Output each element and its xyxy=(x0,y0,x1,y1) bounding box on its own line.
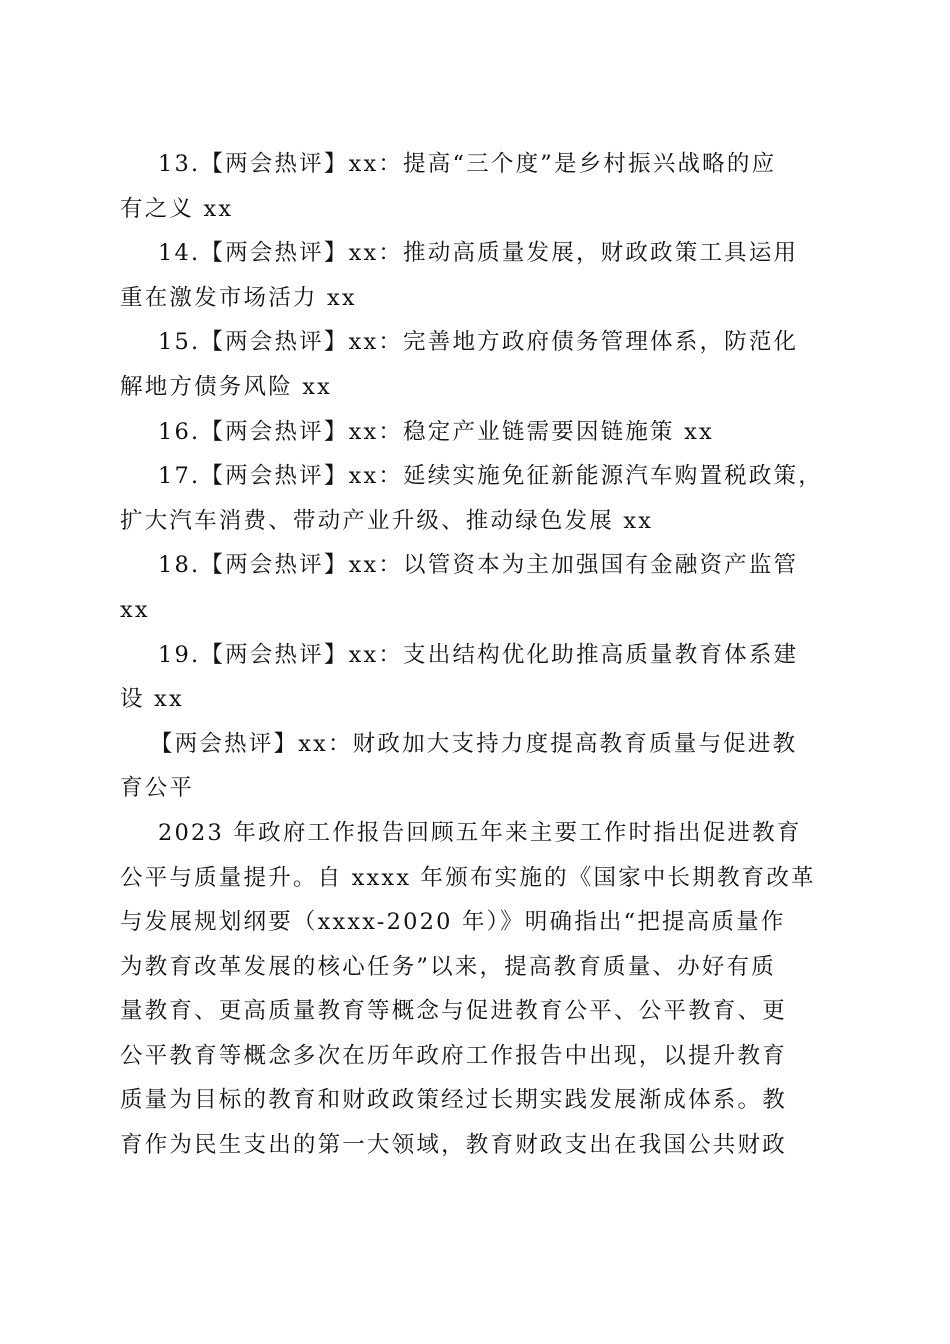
paragraph-line: 与发展规划纲要（xxxx-2020 年）》明确指出“把提高质量作 xyxy=(120,900,824,945)
paragraph-line: 质量为目标的教育和财政政策经过长期实践发展渐成体系。教 xyxy=(120,1078,824,1123)
paragraph-line: 育作为民生支出的第一大领域，教育财政支出在我国公共财政 xyxy=(120,1123,824,1168)
document-page: 13.【两会热评】xx：提高“三个度”是乡村振兴战略的应 有之义 xx 14.【… xyxy=(0,0,950,1344)
list-item-line: 有之义 xx xyxy=(120,187,824,232)
paragraph-line: 为教育改革发展的核心任务”以来，提高教育质量、办好有质 xyxy=(120,945,824,990)
list-item-line: 设 xx xyxy=(120,677,824,722)
list-item-13: 13.【两会热评】xx：提高“三个度”是乡村振兴战略的应 有之义 xx xyxy=(120,142,824,231)
paragraph-line: 2023 年政府工作报告回顾五年来主要工作时指出促进教育 xyxy=(120,811,824,856)
section-title-line: 【两会热评】xx：财政加大支持力度提高教育质量与促进教 xyxy=(120,722,824,767)
list-item-line: 19.【两会热评】xx：支出结构优化助推高质量教育体系建 xyxy=(120,633,824,678)
list-item-line: 14.【两会热评】xx：推动高质量发展，财政政策工具运用 xyxy=(120,231,824,276)
list-item-line: 13.【两会热评】xx：提高“三个度”是乡村振兴战略的应 xyxy=(120,142,824,187)
list-item-line: 16.【两会热评】xx：稳定产业链需要因链施策 xx xyxy=(120,410,824,455)
body-paragraph: 2023 年政府工作报告回顾五年来主要工作时指出促进教育 公平与质量提升。自 x… xyxy=(120,811,824,1168)
list-item-line: 重在激发市场活力 xx xyxy=(120,276,824,321)
list-item-line: 扩大汽车消费、带动产业升级、推动绿色发展 xx xyxy=(120,499,824,544)
list-item-16: 16.【两会热评】xx：稳定产业链需要因链施策 xx xyxy=(120,410,824,455)
list-item-line: 解地方债务风险 xx xyxy=(120,365,824,410)
list-item-14: 14.【两会热评】xx：推动高质量发展，财政政策工具运用 重在激发市场活力 xx xyxy=(120,231,824,320)
paragraph-line: 公平与质量提升。自 xxxx 年颁布实施的《国家中长期教育改革 xyxy=(120,856,824,901)
paragraph-line: 量教育、更高质量教育等概念与促进教育公平、公平教育、更 xyxy=(120,989,824,1034)
section-title: 【两会热评】xx：财政加大支持力度提高教育质量与促进教 育公平 xyxy=(120,722,824,811)
list-item-line: 15.【两会热评】xx：完善地方政府债务管理体系，防范化 xyxy=(120,320,824,365)
paragraph-line: 公平教育等概念多次在历年政府工作报告中出现，以提升教育 xyxy=(120,1034,824,1079)
list-item-line: 17.【两会热评】xx：延续实施免征新能源汽车购置税政策， xyxy=(120,454,824,499)
document-body: 13.【两会热评】xx：提高“三个度”是乡村振兴战略的应 有之义 xx 14.【… xyxy=(120,142,824,1168)
list-item-18: 18.【两会热评】xx：以管资本为主加强国有金融资产监管 xx xyxy=(120,543,824,632)
list-item-19: 19.【两会热评】xx：支出结构优化助推高质量教育体系建 设 xx xyxy=(120,633,824,722)
list-item-17: 17.【两会热评】xx：延续实施免征新能源汽车购置税政策， 扩大汽车消费、带动产… xyxy=(120,454,824,543)
list-item-line: xx xyxy=(120,588,824,633)
section-title-line: 育公平 xyxy=(120,766,824,811)
list-item-15: 15.【两会热评】xx：完善地方政府债务管理体系，防范化 解地方债务风险 xx xyxy=(120,320,824,409)
list-item-line: 18.【两会热评】xx：以管资本为主加强国有金融资产监管 xyxy=(120,543,824,588)
